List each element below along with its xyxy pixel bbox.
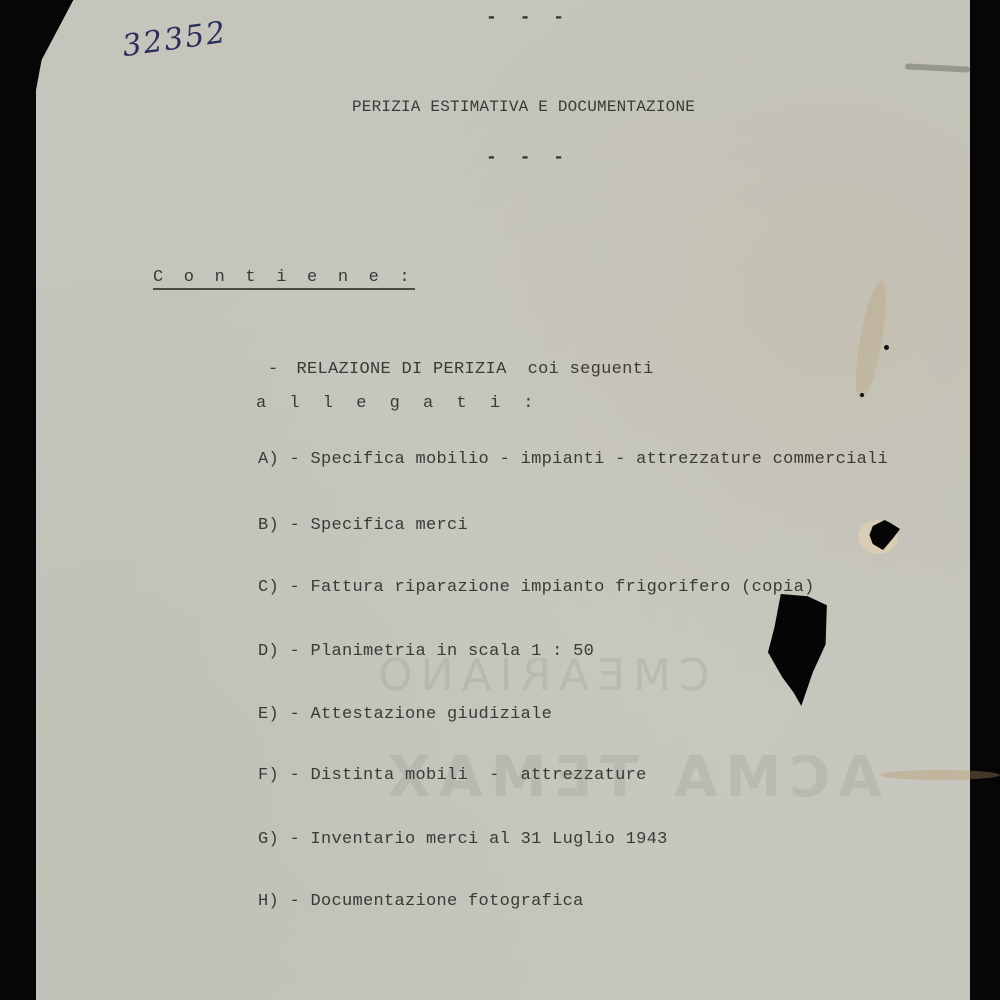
document-title: PERIZIA ESTIMATIVA E DOCUMENTAZIONE <box>352 98 695 116</box>
attachment-item: G) - Inventario merci al 31 Luglio 1943 <box>258 830 668 849</box>
attachment-item: B) - Specifica merci <box>258 516 468 535</box>
scanned-document: CMEARIANO ACMA TEMAX 32352 - - - PERIZIA… <box>0 0 1000 1000</box>
attachment-text: - Planimetria in scala 1 : 50 <box>290 642 595 661</box>
attachment-letter: E) <box>258 705 279 724</box>
attachment-text: - Distinta mobili - attrezzature <box>290 766 647 785</box>
top-separator: - - - <box>486 8 570 28</box>
attachment-item: C) - Fattura riparazione impianto frigor… <box>258 578 815 597</box>
attachment-text: - Fattura riparazione impianto frigorife… <box>290 578 815 597</box>
attachment-item: H) - Documentazione fotografica <box>258 892 584 911</box>
attachment-text: - Inventario merci al 31 Luglio 1943 <box>290 830 668 849</box>
paper-stain <box>880 770 1000 780</box>
bullet-dash: - <box>268 360 279 379</box>
main-entry: -RELAZIONE DI PERIZIA coi seguenti <box>226 341 654 398</box>
attachment-letter: D) <box>258 642 279 661</box>
attachment-letter: C) <box>258 578 279 597</box>
paper-speck <box>884 345 889 350</box>
paper-speck <box>860 393 864 397</box>
attachment-text: - Specifica mobilio - impianti - attrezz… <box>290 450 889 469</box>
attachment-item: E) - Attestazione giudiziale <box>258 705 552 724</box>
attachment-letter: H) <box>258 892 279 911</box>
attachment-letter: B) <box>258 516 279 535</box>
attachment-text: - Specifica merci <box>290 516 469 535</box>
attachment-text: - Attestazione giudiziale <box>290 705 553 724</box>
title-separator: - - - <box>486 148 570 168</box>
main-entry-label: RELAZIONE DI PERIZIA coi seguenti <box>297 360 654 379</box>
attachment-letter: G) <box>258 830 279 849</box>
attachments-heading: a l l e g a t i : <box>256 394 540 413</box>
contents-heading: C o n t i e n e : <box>153 268 415 290</box>
attachment-item: D) - Planimetria in scala 1 : 50 <box>258 642 594 661</box>
attachment-letter: F) <box>258 766 279 785</box>
attachment-text: - Documentazione fotografica <box>290 892 584 911</box>
attachment-item: F) - Distinta mobili - attrezzature <box>258 766 647 785</box>
attachment-letter: A) <box>258 450 279 469</box>
attachment-item: A) - Specifica mobilio - impianti - attr… <box>258 450 888 469</box>
